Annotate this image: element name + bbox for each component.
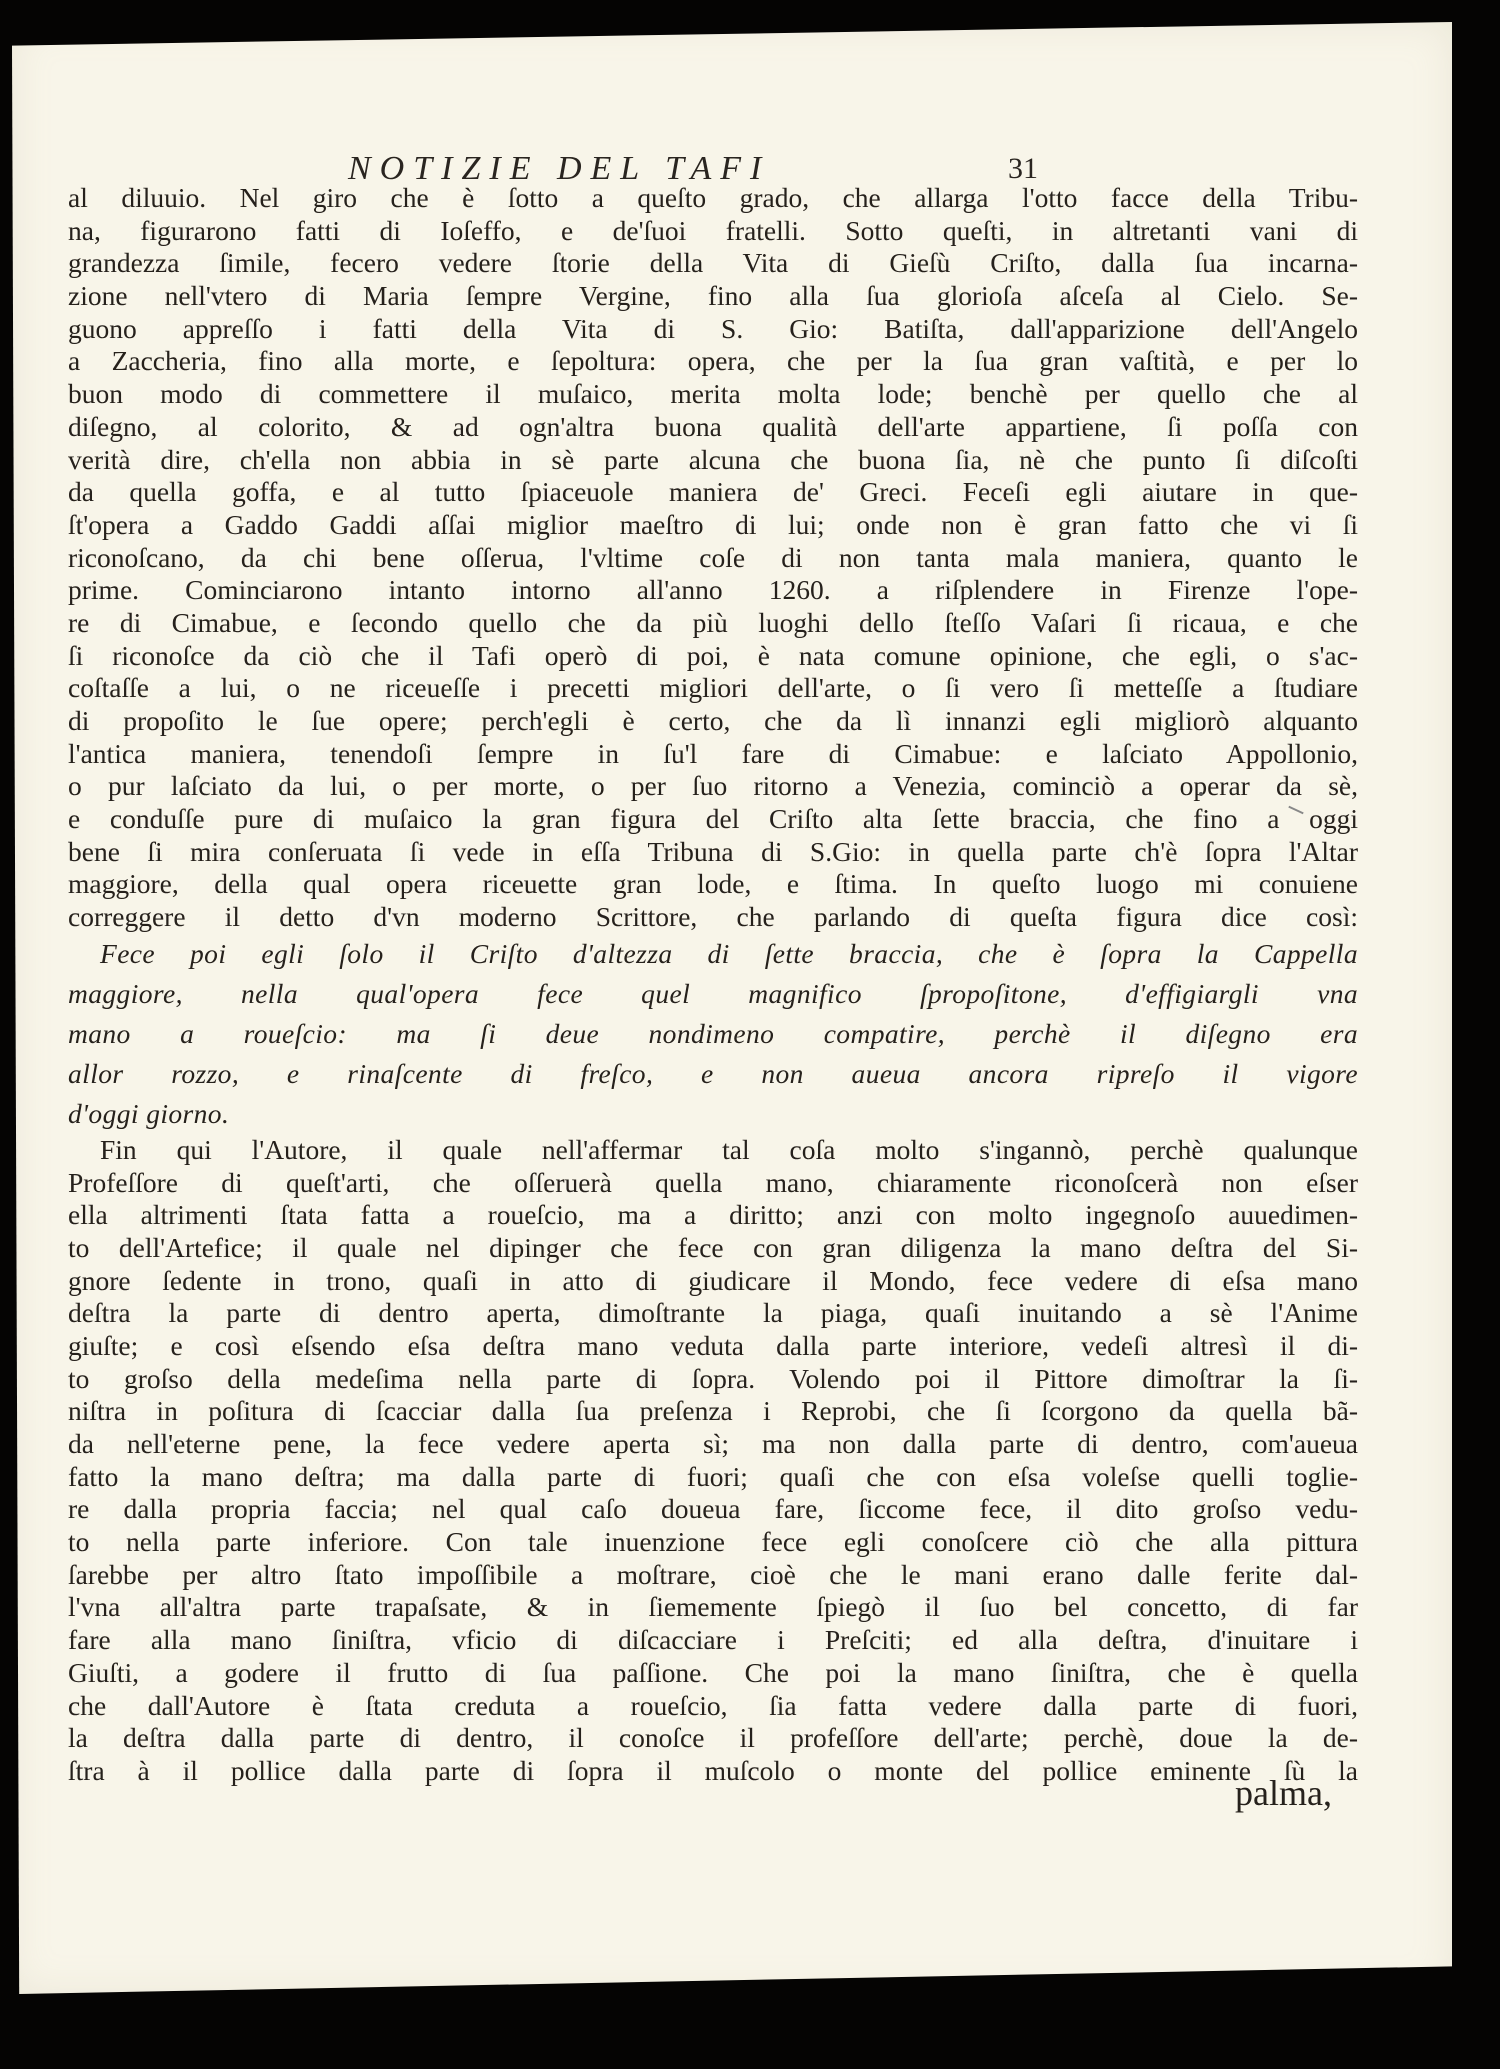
text-line: to nella parte inferiore. Con tale inuen… (68, 1526, 1358, 1559)
text-line: da nell'eterne pene, la fece vedere aper… (68, 1428, 1358, 1461)
text-line: al diluuio. Nel giro che è ſotto a queſt… (68, 182, 1358, 215)
text-line: Fin qui l'Autore, il quale nell'affermar… (68, 1134, 1358, 1167)
text-line: l'vna all'altra parte trapaſsate, & in ſ… (68, 1591, 1358, 1624)
text-line: ſtra à il pollice dalla parte di ſopra i… (68, 1755, 1358, 1788)
text-line: re dalla propria faccia; nel qual caſo d… (68, 1493, 1358, 1526)
text-line: maggiore, della qual opera riceuette gra… (68, 868, 1358, 901)
text-line: o pur laſciato da lui, o per morte, o pe… (68, 770, 1358, 803)
text-line: ſt'opera a Gaddo Gaddi aſſai miglior mae… (68, 509, 1358, 542)
quotation-line: maggiore, nella qual'opera fece quel mag… (68, 974, 1358, 1014)
quotation-line: Fece poi egli ſolo il Criſto d'altezza d… (68, 934, 1358, 974)
quotation-line: allor rozzo, e rinaſcente di freſco, e n… (68, 1054, 1358, 1094)
text-line: niſtra in poſitura di ſcacciar dalla ſua… (68, 1395, 1358, 1428)
page-number: 31 (1008, 152, 1038, 186)
text-line: da quella goffa, e al tutto ſpiaceuole m… (68, 476, 1358, 509)
text-line: a Zaccheria, fino alla morte, e ſepoltur… (68, 345, 1358, 378)
text-line: fare alla mano ſiniſtra, vficio di diſca… (68, 1624, 1358, 1657)
paper-speck (1199, 792, 1203, 796)
text-line: riconoſcano, da chi bene oſſerua, l'vlti… (68, 542, 1358, 575)
text-line: e conduſſe pure di muſaico la gran figur… (68, 803, 1358, 836)
body-text: al diluuio. Nel giro che è ſotto a queſt… (68, 182, 1358, 1788)
text-line: to dell'Artefice; il quale nel dipinger … (68, 1232, 1358, 1265)
text-line: diſegno, al colorito, & ad ogn'altra buo… (68, 411, 1358, 444)
text-line: di propoſito le ſue opere; perch'egli è … (68, 705, 1358, 738)
text-line: to groſso della medeſima nella parte di … (68, 1363, 1358, 1396)
text-line: bene ſi mira conſeruata ſi vede in eſſa … (68, 836, 1358, 869)
text-line: re di Cimabue, e ſecondo quello che da p… (68, 607, 1358, 640)
text-line: deſtra la parte di dentro aperta, dimoſt… (68, 1297, 1358, 1330)
text-line: buon modo di commettere il muſaico, meri… (68, 378, 1358, 411)
text-line: ella altrimenti ſtata fatta a roueſcio, … (68, 1199, 1358, 1232)
text-line: verità dire, ch'ella non abbia in sè par… (68, 444, 1358, 477)
text-line: zione nell'vtero di Maria ſempre Vergine… (68, 280, 1358, 313)
text-line: prime. Cominciarono intanto intorno all'… (68, 574, 1358, 607)
quotation-line: mano a roueſcio: ma ſi deue nondimeno co… (68, 1014, 1358, 1054)
text-line: na, figurarono fatti di Ioſeffo, e de'ſu… (68, 215, 1358, 248)
catchword: palma, (1235, 1772, 1332, 1814)
book-page: NOTIZIE DEL TAFI 31 al diluuio. Nel giro… (12, 22, 1452, 1994)
text-line: ſi riconoſce da ciò che il Tafi operò di… (68, 640, 1358, 673)
text-line: grandezza ſimile, fecero vedere ſtorie d… (68, 247, 1358, 280)
text-line: giuſte; e così eſsendo eſsa deſtra mano … (68, 1330, 1358, 1363)
text-line: fatto la mano deſtra; ma dalla parte di … (68, 1461, 1358, 1494)
text-line: che dall'Autore è ſtata creduta a roueſc… (68, 1690, 1358, 1723)
text-line: ſarebbe per altro ſtato impoſſibile a mo… (68, 1559, 1358, 1592)
text-line: la deſtra dalla parte di dentro, il cono… (68, 1722, 1358, 1755)
text-line: correggere il detto d'vn moderno Scritto… (68, 901, 1358, 934)
text-line: Giuſti, a godere il frutto di ſua paſſio… (68, 1657, 1358, 1690)
text-line: guono appreſſo i fatti della Vita di S. … (68, 313, 1358, 346)
text-line: gnore ſedente in trono, quaſi in atto di… (68, 1265, 1358, 1298)
text-line: l'antica maniera, tenendoſi ſempre in ſu… (68, 738, 1358, 771)
text-line: coſtaſſe a lui, o ne riceueſſe i precett… (68, 672, 1358, 705)
quotation-line: d'oggi giorno. (68, 1094, 1358, 1134)
text-line: Profeſſore di queſt'arti, che oſſeruerà … (68, 1167, 1358, 1200)
